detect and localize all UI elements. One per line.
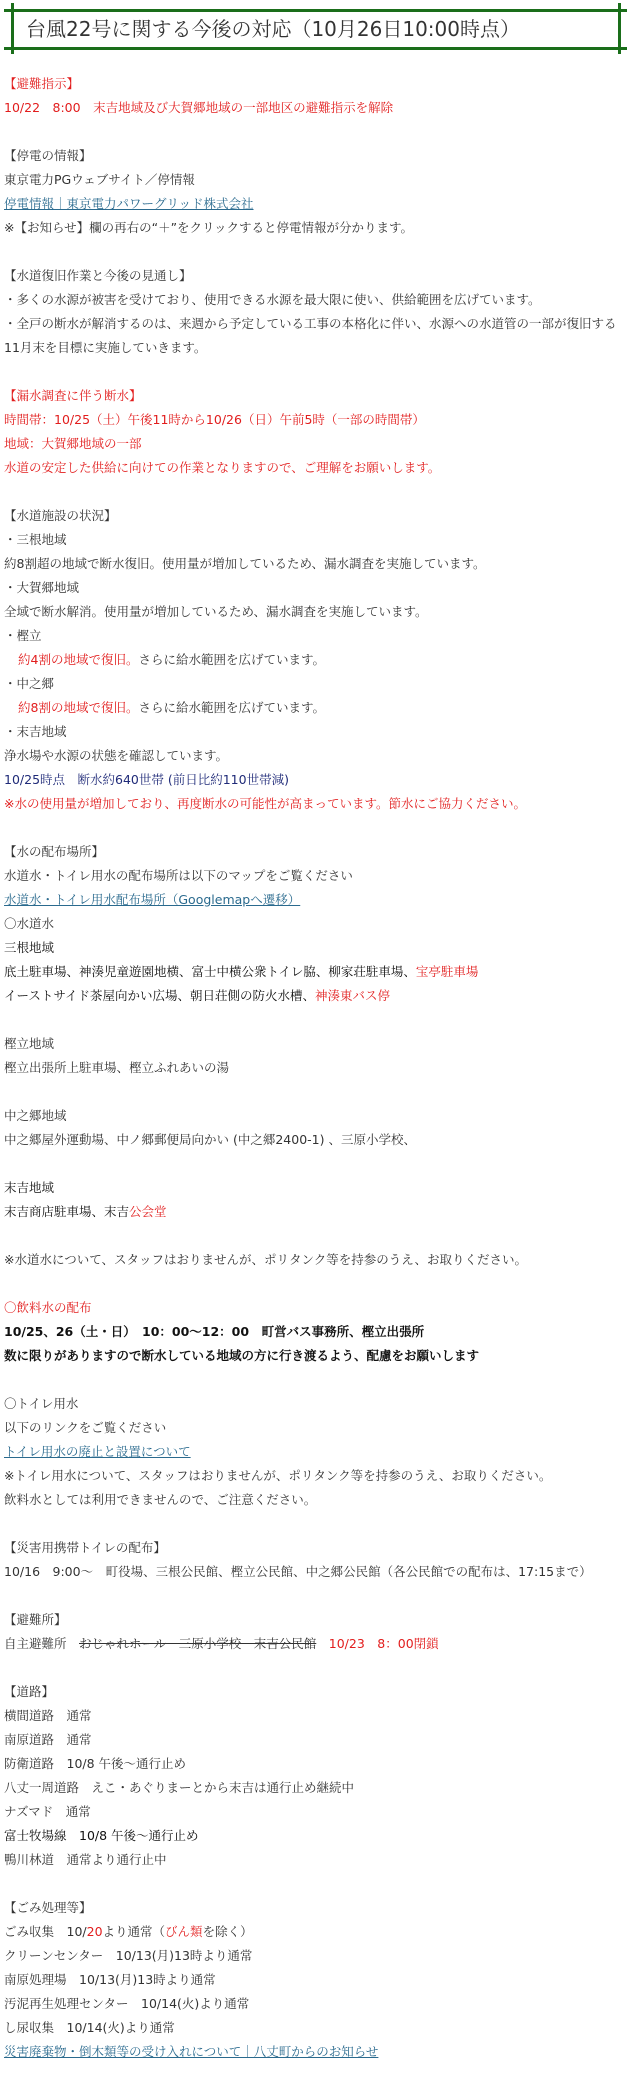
portable-toilet-text: 10/16 9:00〜 町役場、三根公民館、樫立公民館、中之郷公民館（各公民館で… bbox=[4, 1560, 623, 1584]
spacer bbox=[4, 1272, 623, 1296]
spacer bbox=[4, 480, 623, 504]
facility-red-text: 約8割の地域で復旧。 bbox=[18, 700, 138, 715]
toilet-water-intro: 以下のリンクをご覧ください bbox=[4, 1416, 623, 1440]
drinking-water-schedule: 10/25、26（土・日） 10：00〜12：00 町営バス事務所、樫立出張所 bbox=[4, 1320, 623, 1344]
spacer bbox=[4, 120, 623, 144]
facility-red-text: 約4割の地域で復旧。 bbox=[18, 652, 138, 667]
toilet-water-link[interactable]: トイレ用水の廃止と設置について bbox=[4, 1444, 191, 1459]
spacer bbox=[4, 816, 623, 840]
leak-survey-time: 時間帯：10/25（土）午後11時から10/26（日）午前5時（一部の時間帯） bbox=[4, 408, 623, 432]
spacer bbox=[4, 240, 623, 264]
sueyoshi-label: 末吉地域 bbox=[4, 1176, 623, 1200]
spacer bbox=[4, 1152, 623, 1176]
facility-area-label: ・樫立 bbox=[4, 624, 623, 648]
places-red-text: 公会堂 bbox=[129, 1204, 167, 1219]
facility-area-label: ・三根地域 bbox=[4, 528, 623, 552]
road-item: 南原道路 通常 bbox=[4, 1728, 623, 1752]
waste-text: ごみ収集 10/ bbox=[4, 1924, 87, 1939]
facility-text: さらに給水範囲を広げています。 bbox=[138, 652, 325, 667]
leak-survey-note: 水道の安定した供給に向けての作業となりますので、ご理解をお願いします。 bbox=[4, 456, 623, 480]
spacer bbox=[4, 1512, 623, 1536]
power-note: ※【お知らせ】欄の再右の“＋”をクリックすると停電情報が分かります。 bbox=[4, 216, 623, 240]
waste-text: を除く） bbox=[203, 1924, 253, 1939]
road-item: 鴨川林道 通常より通行止中 bbox=[4, 1848, 623, 1872]
toilet-water-note: 飲料水としては利用できませんので、ご注意ください。 bbox=[4, 1488, 623, 1512]
shelter-line: 自主避難所 おじゃれホール 三原小学校 末吉公民館 10/23 8：00閉鎖 bbox=[4, 1632, 623, 1656]
power-outage-link[interactable]: 停電情報｜東京電力パワーグリッド株式会社 bbox=[4, 196, 254, 211]
places-red-text: 宝亭駐車場 bbox=[416, 964, 479, 979]
drinking-water-heading: 〇飲料水の配布 bbox=[4, 1296, 623, 1320]
power-source: 東京電力PGウェブサイト／停情報 bbox=[4, 168, 623, 192]
facility-area-label: ・中之郷 bbox=[4, 672, 623, 696]
facility-area-text: 浄水場や水源の状態を確認しています。 bbox=[4, 744, 623, 768]
spacer bbox=[4, 360, 623, 384]
page-title: 台風22号に関する今後の対応（10月26日10:00時点） bbox=[26, 13, 520, 45]
drinking-water-note: 数に限りがありますので断水している地域の方に行き渡るよう、配慮をお願いします bbox=[4, 1344, 623, 1368]
waste-item: 汚泥再生処理センター 10/14(火)より通常 bbox=[4, 1992, 623, 2016]
facility-area-text: 約4割の地域で復旧。さらに給水範囲を広げています。 bbox=[4, 648, 623, 672]
page-title-box: 台風22号に関する今後の対応（10月26日10:00時点） bbox=[0, 0, 627, 60]
road-item: 横間道路 通常 bbox=[4, 1704, 623, 1728]
article-body: 【避難指示】 10/22 8:00 末吉地域及び大賀郷地域の一部地区の避難指示を… bbox=[4, 72, 623, 2064]
mitsune-places: 底土駐車場、神湊児童遊園地横、富士中横公衆トイレ脇、柳家荘駐車場、宝亭駐車場 bbox=[4, 960, 623, 984]
mitsune-places: イーストサイド茶屋向かい広場、朝日荘側の防火水槽、神湊東バス停 bbox=[4, 984, 623, 1008]
shelter-label: 自主避難所 bbox=[4, 1636, 79, 1651]
spacer bbox=[4, 1656, 623, 1680]
kashitate-label: 樫立地域 bbox=[4, 1032, 623, 1056]
places-text: 末吉商店駐車場、末吉 bbox=[4, 1204, 129, 1219]
evacuation-order-heading: 【避難指示】 bbox=[4, 72, 623, 96]
shelter-closed-list: おじゃれホール 三原小学校 末吉公民館 bbox=[79, 1636, 316, 1651]
spacer bbox=[4, 1080, 623, 1104]
spacer bbox=[4, 1872, 623, 1896]
portable-toilet-heading: 【災害用携帯トイレの配布】 bbox=[4, 1536, 623, 1560]
places-red-text: 神湊東バス停 bbox=[315, 988, 390, 1003]
sueyoshi-places: 末吉商店駐車場、末吉公会堂 bbox=[4, 1200, 623, 1224]
roads-heading: 【道路】 bbox=[4, 1680, 623, 1704]
facility-area-label: ・末吉地域 bbox=[4, 720, 623, 744]
spacer bbox=[4, 1224, 623, 1248]
waste-item: クリーンセンター 10/13(月)13時より通常 bbox=[4, 1944, 623, 1968]
distribution-intro: 水道水・トイレ用水の配布場所は以下のマップをご覧ください bbox=[4, 864, 623, 888]
waste-item: ごみ収集 10/20より通常（びん類を除く） bbox=[4, 1920, 623, 1944]
road-item: 防衛道路 10/8 午後〜通行止め bbox=[4, 1752, 623, 1776]
waste-red-text: びん類 bbox=[165, 1924, 203, 1939]
nakanogo-places: 中之郷屋外運動場、中ノ郷郵便局向かい (中之郷2400-1) 、三原小学校、 bbox=[4, 1128, 623, 1152]
title-top-border bbox=[4, 9, 627, 12]
kashitate-places: 樫立出張所上駐車場、樫立ふれあいの湯 bbox=[4, 1056, 623, 1080]
leak-survey-area: 地域：大賀郷地域の一部 bbox=[4, 432, 623, 456]
facility-text: さらに給水範囲を広げています。 bbox=[138, 700, 325, 715]
waste-item: し尿収集 10/14(火)より通常 bbox=[4, 2016, 623, 2040]
water-recovery-line: ・全戸の断水が解消するのは、来週から予定している工事の本格化に伴い、水源への水道… bbox=[4, 312, 623, 360]
leak-survey-heading: 【漏水調査に伴う断水】 bbox=[4, 384, 623, 408]
road-item: 八丈一周道路 えこ・あぐりまーとから末吉は通行止め継続中 bbox=[4, 1776, 623, 1800]
facility-area-text: 約8割超の地域で断水復旧。使用量が増加しているため、漏水調査を実施しています。 bbox=[4, 552, 623, 576]
title-left-border bbox=[11, 3, 14, 54]
facilities-heading: 【水道施設の状況】 bbox=[4, 504, 623, 528]
waste-red-text: 20 bbox=[87, 1924, 103, 1939]
spacer bbox=[4, 1584, 623, 1608]
shelter-closed-note: 10/23 8：00閉鎖 bbox=[316, 1636, 438, 1651]
mitsune-label: 三根地域 bbox=[4, 936, 623, 960]
waste-text: より通常（ bbox=[103, 1924, 166, 1939]
waste-heading: 【ごみ処理等】 bbox=[4, 1896, 623, 1920]
tap-water-label: 〇水道水 bbox=[4, 912, 623, 936]
nakanogo-label: 中之郷地域 bbox=[4, 1104, 623, 1128]
spacer bbox=[4, 1368, 623, 1392]
facility-area-text: 全域で断水解消。使用量が増加しているため、漏水調査を実施しています。 bbox=[4, 600, 623, 624]
outage-status: 10/25時点 断水約640世帯 (前日比約110世帯減) bbox=[4, 768, 623, 792]
road-item: 富士牧場線 10/8 午後〜通行止め bbox=[4, 1824, 623, 1848]
facility-area-text: 約8割の地域で復旧。さらに給水範囲を広げています。 bbox=[4, 696, 623, 720]
distribution-heading: 【水の配布場所】 bbox=[4, 840, 623, 864]
places-text: イーストサイド茶屋向かい広場、朝日荘側の防火水槽、 bbox=[4, 988, 315, 1003]
shelter-heading: 【避難所】 bbox=[4, 1608, 623, 1632]
water-saving-warning: ※水の使用量が増加しており、再度断水の可能性が高まっています。節水にご協力くださ… bbox=[4, 792, 623, 816]
tap-water-note: ※水道水について、スタッフはおりませんが、ポリタンク等を持参のうえ、お取りくださ… bbox=[4, 1248, 623, 1272]
road-item: ナズマド 通常 bbox=[4, 1800, 623, 1824]
evacuation-order-text: 10/22 8:00 末吉地域及び大賀郷地域の一部地区の避難指示を解除 bbox=[4, 96, 623, 120]
waste-item: 南原処理場 10/13(月)13時より通常 bbox=[4, 1968, 623, 1992]
toilet-water-heading: 〇トイレ用水 bbox=[4, 1392, 623, 1416]
title-bottom-border bbox=[4, 47, 627, 50]
water-recovery-heading: 【水道復旧作業と今後の見通し】 bbox=[4, 264, 623, 288]
power-heading: 【停電の情報】 bbox=[4, 144, 623, 168]
title-right-border bbox=[618, 3, 621, 54]
water-recovery-line: ・多くの水源が被害を受けており、使用できる水源を最大限に使い、供給範囲を広げてい… bbox=[4, 288, 623, 312]
facility-area-label: ・大賀郷地域 bbox=[4, 576, 623, 600]
distribution-map-link[interactable]: 水道水・トイレ用水配布場所（Googlemapへ遷移） bbox=[4, 892, 300, 907]
disaster-waste-link[interactable]: 災害廃棄物・倒木類等の受け入れについて｜八丈町からのお知らせ bbox=[4, 2044, 378, 2059]
toilet-water-note: ※トイレ用水について、スタッフはおりませんが、ポリタンク等を持参のうえ、お取りく… bbox=[4, 1464, 623, 1488]
places-text: 底土駐車場、神湊児童遊園地横、富士中横公衆トイレ脇、柳家荘駐車場、 bbox=[4, 964, 416, 979]
spacer bbox=[4, 1008, 623, 1032]
